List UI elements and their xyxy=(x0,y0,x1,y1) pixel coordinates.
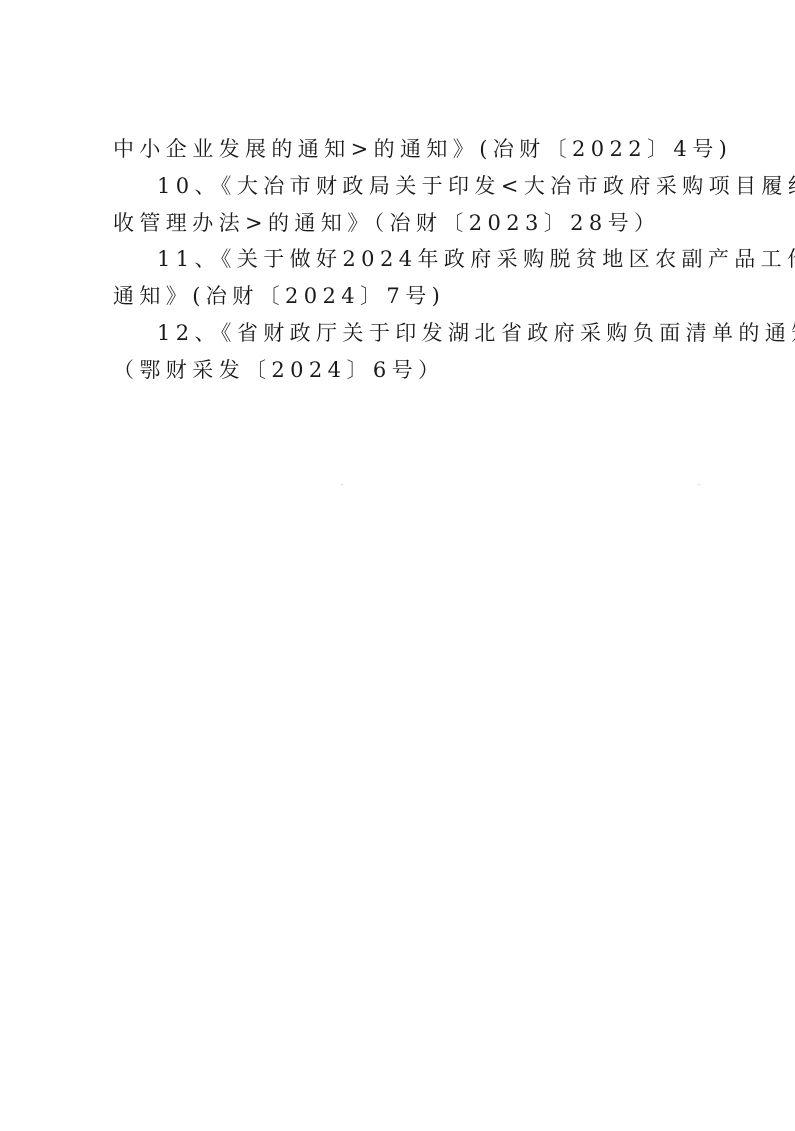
policy-reference-list: 中小企业发展的通知>的通知》(冶财〔2022〕4号) 10、《大冶市财政局关于印… xyxy=(113,131,693,389)
scan-speck xyxy=(341,484,343,485)
list-item-10-line-2: 收管理办法>的通知》（冶财〔2023〕28号） xyxy=(113,205,693,242)
list-item-12-line-1: 12、《省财政厅关于印发湖北省政府采购负面清单的通知》 xyxy=(113,315,693,352)
continued-line-item-9: 中小企业发展的通知>的通知》(冶财〔2022〕4号) xyxy=(113,131,693,168)
list-item-12-line-2: （鄂财采发〔2024〕6号） xyxy=(113,352,693,389)
list-item-11-line-2: 通知》(冶财〔2024〕7号) xyxy=(113,278,693,315)
scan-speck xyxy=(698,484,700,485)
list-item-11-line-1: 11、《关于做好2024年政府采购脱贫地区农副产品工作的 xyxy=(113,241,693,278)
document-page: 中小企业发展的通知>的通知》(冶财〔2022〕4号) 10、《大冶市财政局关于印… xyxy=(0,0,795,1131)
list-item-10-line-1: 10、《大冶市财政局关于印发<大冶市政府采购项目履约验 xyxy=(113,168,693,205)
